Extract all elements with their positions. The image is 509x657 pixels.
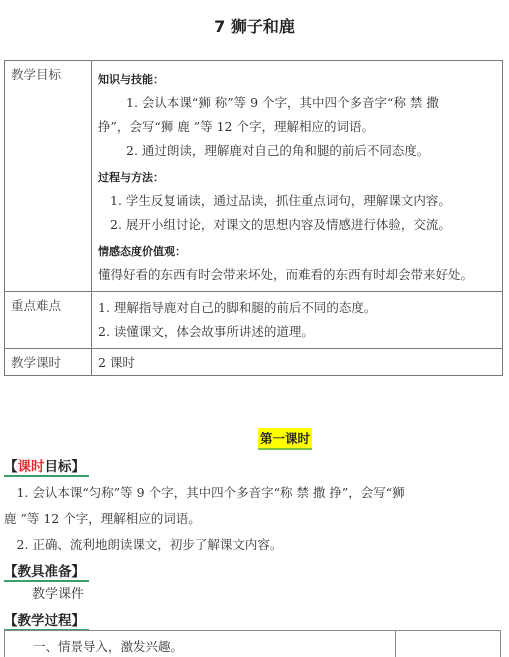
table-row-keypoints: 重点难点 1. 理解指导鹿对自己的脚和腿的前后不同的态度。 2. 读懂课文，体会… <box>5 292 503 349</box>
section-heading-process: 过程与方法： <box>98 169 496 185</box>
goal-line: 挣”，会写“狮 鹿 ”等 12 个字，理解相应的词语。 <box>98 115 496 139</box>
keypoint-line: 1. 理解指导鹿对自己的脚和腿的前后不同的态度。 <box>98 296 496 320</box>
tools-heading: 【教具准备】 <box>4 560 89 582</box>
objectives-heading-red: 课时 <box>18 459 45 475</box>
lesson-heading: 第一课时 <box>258 428 312 450</box>
goals-label: 教学目标 <box>5 61 92 292</box>
goal-line: 1. 会认本课“狮 称”等 9 个字，其中四个多音字“称 禁 撒 <box>98 91 496 115</box>
table-row-goals: 教学目标 知识与技能： 1. 会认本课“狮 称”等 9 个字，其中四个多音字“称… <box>5 61 503 292</box>
bracket-open: 【 <box>4 459 18 475</box>
objectives-heading-rest: 目标】 <box>45 459 86 475</box>
goal-line: 懂得好看的东西有时会带来坏处，而难看的东西有时却会带来好处。 <box>98 263 496 287</box>
table-row-hours: 教学课时 2 课时 <box>5 349 503 376</box>
table-divider <box>395 631 396 657</box>
goals-content: 知识与技能： 1. 会认本课“狮 称”等 9 个字，其中四个多音字“称 禁 撒 … <box>92 61 503 292</box>
keypoint-line: 2. 读懂课文，体会故事所讲述的道理。 <box>98 320 496 344</box>
goal-line: 2. 展开小组讨论，对课文的思想内容及情感进行体验，交流。 <box>98 213 496 237</box>
keypoints-content: 1. 理解指导鹿对自己的脚和腿的前后不同的态度。 2. 读懂课文，体会故事所讲述… <box>92 292 503 349</box>
section-heading-values: 情感态度价值观： <box>98 243 496 259</box>
process-table: 一、情景导入，激发兴趣。 <box>4 630 501 657</box>
keypoints-label: 重点难点 <box>5 292 92 349</box>
hours-value: 2 课时 <box>92 349 503 376</box>
objective-line: 1. 会认本课“匀称”等 9 个字，其中四个多音字“称 禁 撒 挣”，会写“狮 <box>4 480 504 506</box>
goal-line: 2. 通过朗读，理解鹿对自己的角和腿的前后不同态度。 <box>98 139 496 163</box>
goal-line: 1. 学生反复诵读，通过品读，抓住重点词句，理解课文内容。 <box>98 189 496 213</box>
process-step: 一、情景导入，激发兴趣。 <box>33 637 183 655</box>
objectives-heading: 【课时目标】 <box>4 455 89 477</box>
objective-line: 2. 正确、流利地朗读课文，初步了解课文内容。 <box>4 532 504 558</box>
document-title: 7 狮子和鹿 <box>0 14 509 37</box>
section-heading-knowledge: 知识与技能： <box>98 71 496 87</box>
objectives-text: 1. 会认本课“匀称”等 9 个字，其中四个多音字“称 禁 撒 挣”，会写“狮 … <box>4 480 504 558</box>
objective-line: 鹿 ”等 12 个字，理解相应的词语。 <box>4 506 504 532</box>
goals-table: 教学目标 知识与技能： 1. 会认本课“狮 称”等 9 个字，其中四个多音字“称… <box>4 60 503 376</box>
tools-content: 教学课件 <box>32 582 509 608</box>
process-heading: 【教学过程】 <box>4 609 89 631</box>
hours-label: 教学课时 <box>5 349 92 376</box>
